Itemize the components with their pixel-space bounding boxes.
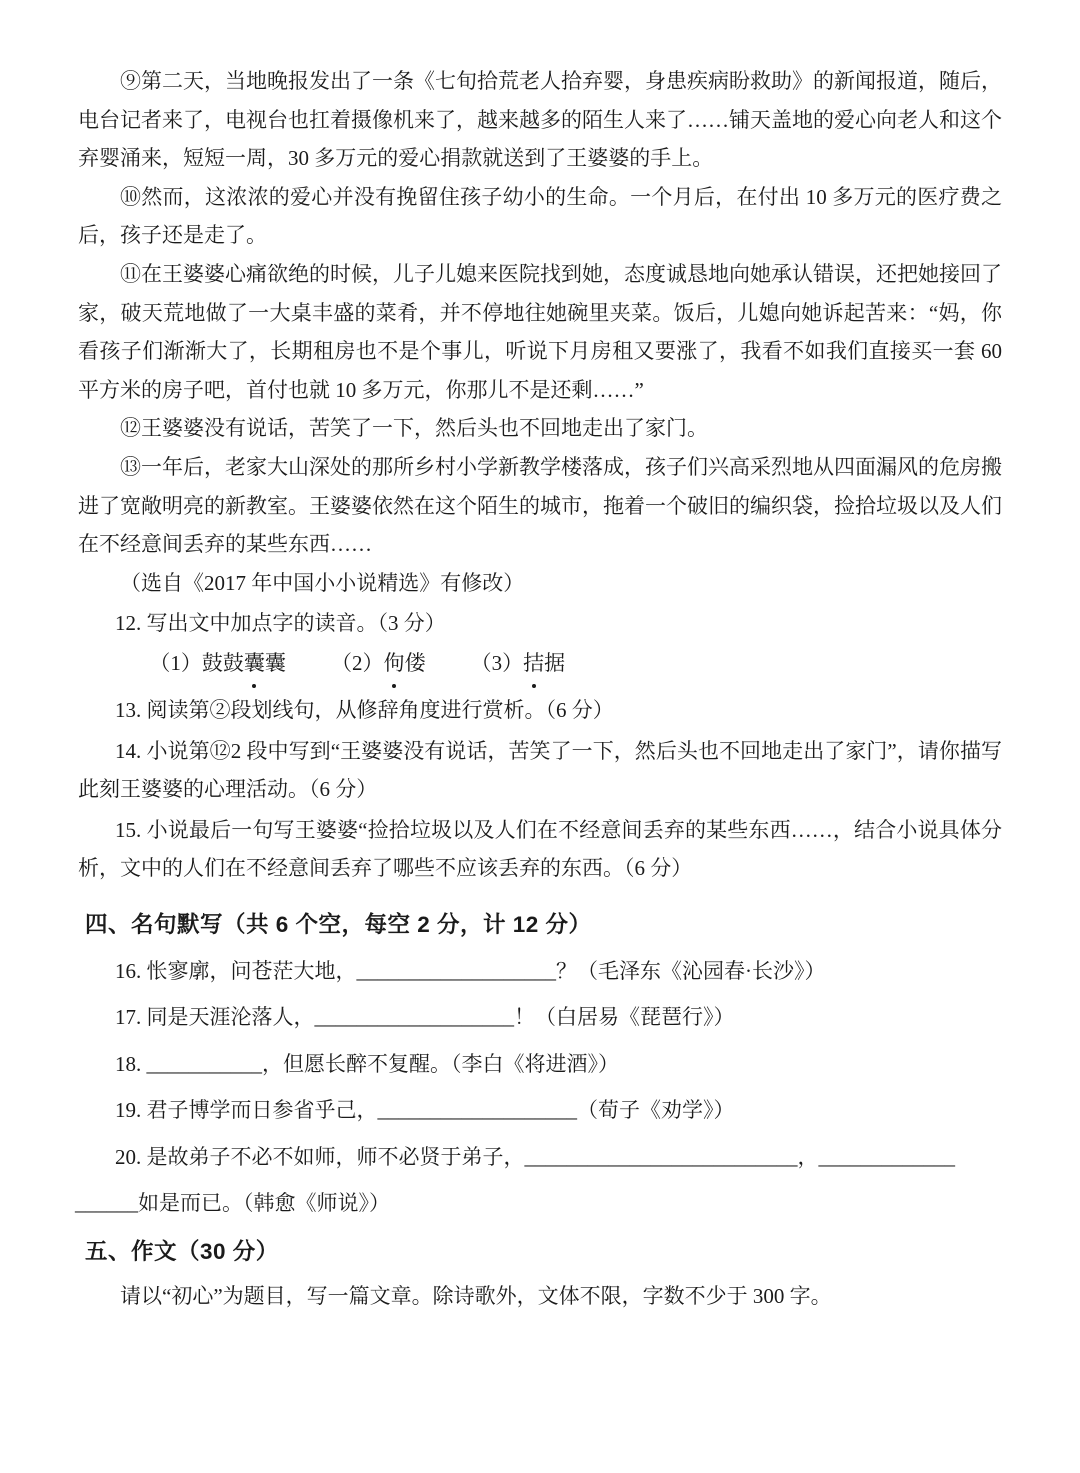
option-text: （2）	[331, 651, 384, 675]
question-16: 16. 怅寥廓，问苍茫大地，___________________？（毛泽东《沁…	[78, 948, 1002, 995]
question-20-line1: 20. 是故弟子不必不如师，师不必贤于弟子，__________________…	[78, 1134, 1002, 1181]
pinyin-option-3: （3）拮据	[471, 651, 566, 675]
dotted-char: 拮	[523, 643, 544, 683]
dotted-char: 佝	[384, 643, 405, 683]
question-17: 17. 同是天涯沦落人，___________________！（白居易《琵琶行…	[78, 994, 1002, 1041]
passage-paragraph-10: ⑩然而，这浓浓的爱心并没有挽留住孩子幼小的生命。一个月后，在付出 10 多万元的…	[78, 178, 1002, 255]
question-15: 15. 小说最后一句写王婆婆“捡拾垃圾以及人们在不经意间丢弃的某些东西……，结合…	[78, 811, 1002, 888]
question-13: 13. 阅读第②段划线句，从修辞角度进行赏析。（6 分）	[78, 691, 1002, 730]
essay-prompt: 请以“初心”为题目，写一篇文章。除诗歌外，文体不限，字数不少于 300 字。	[78, 1275, 1002, 1318]
question-12-options: （1）鼓鼓囊囊 （2）佝偻 （3）拮据	[78, 643, 1002, 683]
reading-questions: 12. 写出文中加点字的读音。（3 分） （1）鼓鼓囊囊 （2）佝偻 （3）拮据…	[78, 604, 1002, 888]
question-20-line2: ______如是而已。（韩愈《师说》）	[75, 1180, 1002, 1227]
pinyin-option-2: （2）佝偻	[331, 651, 426, 675]
passage-paragraph-12: ⑫王婆婆没有说话，苦笑了一下，然后头也不回地走出了家门。	[78, 409, 1002, 448]
pinyin-option-1: （1）鼓鼓囊囊	[149, 651, 286, 675]
question-12: 12. 写出文中加点字的读音。（3 分）	[78, 604, 1002, 643]
section-essay: 五、作文（30 分） 请以“初心”为题目，写一篇文章。除诗歌外，文体不限，字数不…	[78, 1229, 1002, 1318]
option-text: 偻	[405, 651, 426, 675]
passage-paragraph-13: ⑬一年后，老家大山深处的那所乡村小学新教学楼落成，孩子们兴高采烈地从四面漏风的危…	[78, 448, 1002, 564]
option-text: 囊	[265, 651, 286, 675]
passage-paragraph-11: ⑪在王婆婆心痛欲绝的时候，儿子儿媳来医院找到她，态度诚恳地向她承认错误，还把她接…	[78, 255, 1002, 409]
option-text: （3）	[471, 651, 524, 675]
option-text: （1）鼓鼓	[149, 651, 244, 675]
section-4-heading: 四、名句默写（共 6 个空，每空 2 分，计 12 分）	[85, 902, 1002, 948]
option-text: 据	[544, 651, 565, 675]
reading-passage: ⑨第二天，当地晚报发出了一条《七旬拾荒老人拾弃婴，身患疾病盼救助》的新闻报道，随…	[78, 62, 1002, 602]
section-dictation: 四、名句默写（共 6 个空，每空 2 分，计 12 分） 16. 怅寥廓，问苍茫…	[78, 902, 1002, 1227]
passage-source: （选自《2017 年中国小小说精选》有修改）	[78, 564, 1002, 603]
question-18: 18. ___________，但愿长醉不复醒。（李白《将进酒》）	[78, 1041, 1002, 1088]
question-14: 14. 小说第⑫2 段中写到“王婆婆没有说话，苦笑了一下，然后头也不回地走出了家…	[78, 732, 1002, 809]
question-19: 19. 君子博学而日参省乎己，___________________（荀子《劝学…	[78, 1087, 1002, 1134]
section-5-heading: 五、作文（30 分）	[85, 1229, 1002, 1275]
page-content: ⑨第二天，当地晚报发出了一条《七旬拾荒老人拾弃婴，身患疾病盼救助》的新闻报道，随…	[0, 0, 1080, 1318]
dotted-char: 囊	[244, 643, 265, 683]
exam-paper-page: ⑨第二天，当地晚报发出了一条《七旬拾荒老人拾弃婴，身患疾病盼救助》的新闻报道，随…	[0, 0, 1080, 1473]
passage-paragraph-9: ⑨第二天，当地晚报发出了一条《七旬拾荒老人拾弃婴，身患疾病盼救助》的新闻报道，随…	[78, 62, 1002, 178]
